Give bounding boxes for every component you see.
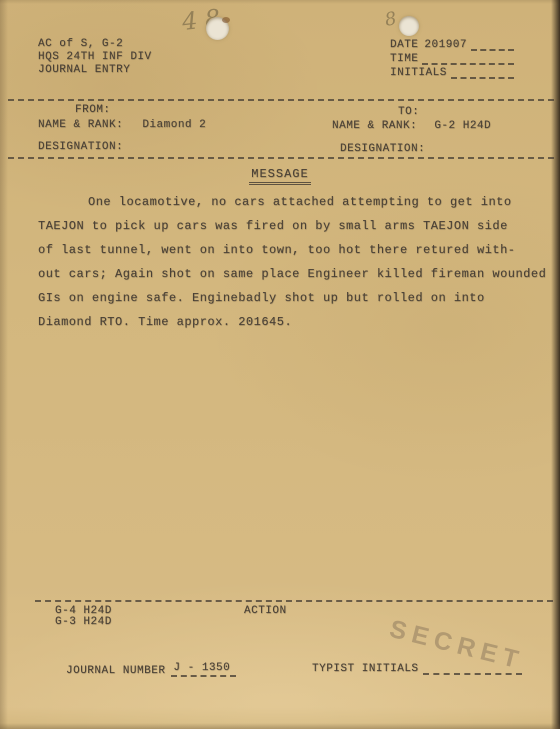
journal-number-label: JOURNAL NUMBER: [66, 665, 165, 677]
scan-edge-left: [0, 0, 8, 729]
from-name-rank-value: Diamond 2: [142, 119, 206, 131]
distribution-g3: G-3 H24D: [55, 616, 112, 629]
divider-from-to: [8, 99, 554, 101]
unit-line-hq: HQS 24TH INF DIV: [38, 51, 152, 64]
from-name-rank-label: NAME & RANK:: [38, 119, 123, 131]
message-line: TAEJON to pick up cars was fired on by s…: [38, 214, 534, 238]
message-line: out cars; Again shot on same place Engin…: [38, 262, 534, 286]
initials-label: INITIALS: [390, 67, 447, 79]
message-line: of last tunnel, went on into town, too h…: [38, 238, 534, 262]
message-line: GIs on engine safe. Enginebadly shot up …: [38, 286, 534, 310]
to-designation-label: DESIGNATION:: [340, 143, 425, 156]
time-label: TIME: [390, 53, 418, 65]
handwritten-mark-top-right: 8: [383, 8, 398, 31]
to-name-rank-label: NAME & RANK:: [332, 120, 417, 132]
typist-initials-field: TYPIST INITIALS: [312, 662, 522, 675]
scan-edge-top: [0, 0, 560, 4]
typist-initials-label: TYPIST INITIALS: [312, 663, 419, 675]
scan-edge-bottom: [0, 723, 560, 729]
journal-number-value: J - 1350: [171, 662, 236, 677]
date-field: DATE 201907: [390, 38, 514, 51]
unit-line-journal: JOURNAL ENTRY: [38, 64, 152, 77]
to-name-rank: NAME & RANK: G-2 H24D: [332, 120, 491, 133]
scanned-journal-entry-page: 4 8 8 AC of S, G-2 HQS 24TH INF DIV JOUR…: [0, 0, 560, 729]
date-label: DATE: [390, 39, 418, 51]
divider-message: [8, 157, 554, 159]
initials-field: INITIALS: [390, 66, 514, 79]
initials-underline: [451, 66, 514, 79]
journal-number-field: JOURNAL NUMBER J - 1350: [66, 662, 246, 677]
date-underline: [471, 38, 514, 51]
from-designation-label: DESIGNATION:: [38, 141, 123, 154]
message-body: One locamotive, no cars attached attempt…: [38, 190, 534, 334]
divider-action: [35, 600, 553, 602]
scan-edge-right: [551, 0, 560, 729]
punch-hole-right: [399, 16, 419, 36]
typist-initials-underline: [423, 662, 522, 675]
to-heading: TO:: [398, 106, 419, 119]
message-heading: MESSAGE: [249, 167, 310, 185]
paper-smudge: [222, 17, 230, 23]
to-name-rank-value: G-2 H24D: [434, 120, 491, 132]
unit-line-office: AC of S, G-2: [38, 38, 152, 51]
unit-header-block: AC of S, G-2 HQS 24TH INF DIV JOURNAL EN…: [38, 38, 152, 77]
time-field: TIME: [390, 52, 514, 65]
date-value: 201907: [424, 39, 467, 51]
action-label: ACTION: [244, 605, 287, 618]
message-heading-wrap: MESSAGE: [0, 164, 560, 185]
time-underline: [422, 52, 514, 65]
message-line: Diamond RTO. Time approx. 201645.: [38, 310, 534, 334]
from-heading: FROM:: [75, 104, 111, 117]
message-line: One locamotive, no cars attached attempt…: [38, 190, 534, 214]
from-name-rank: NAME & RANK: Diamond 2: [38, 119, 206, 132]
